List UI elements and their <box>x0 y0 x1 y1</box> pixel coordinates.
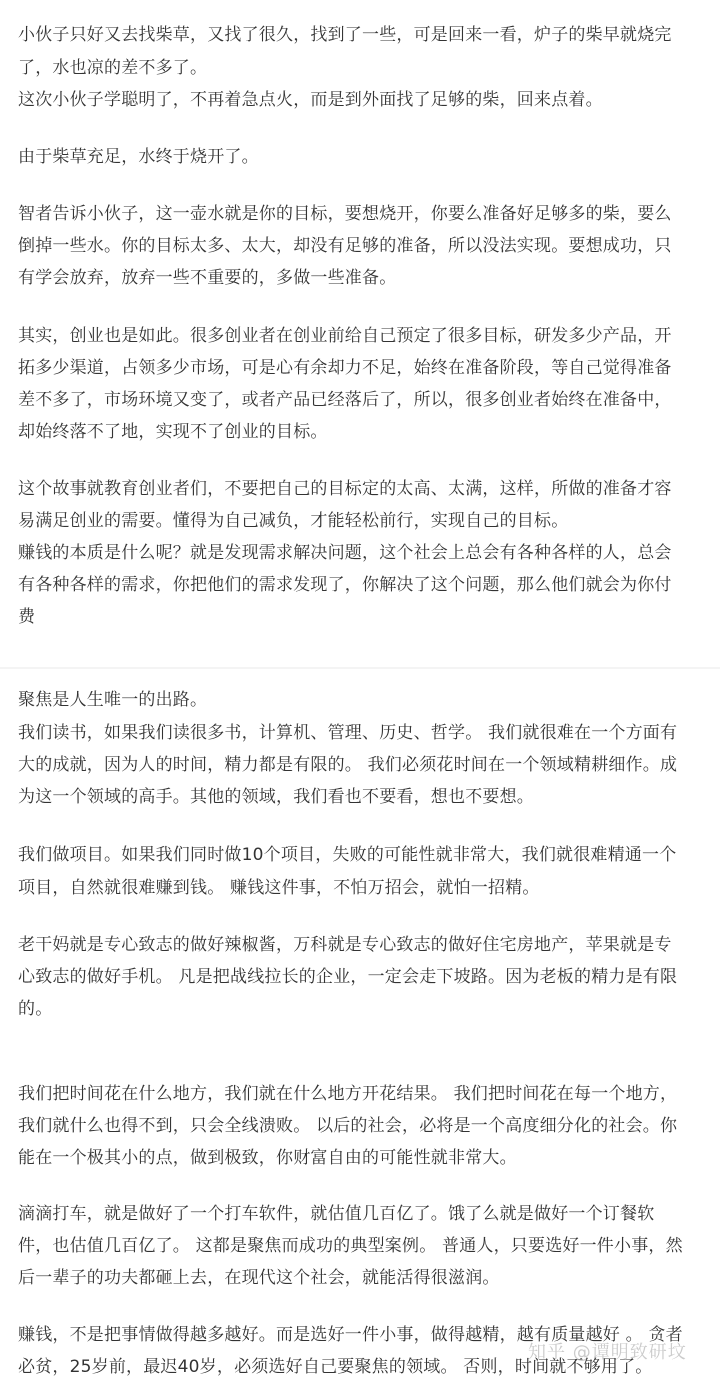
text-line: 老干妈就是专心致志的做好辣椒酱，万科就是专心致志的做好住宅房地产，苹果就是专 <box>18 934 718 956</box>
text-line: 倒掉一些水。你的目标太多、太大，却没有足够的准备，所以没法实现。要想成功，只 <box>18 235 718 257</box>
text-line: 小伙子只好又去找柴草，又找了很久，找到了一些，可是回来一看，炉子的柴早就烧完 <box>18 24 718 46</box>
text-line: 我们把时间花在什么地方，我们就在什么地方开花结果。 我们把时间花在每一个地方， <box>18 1083 718 1105</box>
text-line: 我们读书，如果我们读很多书，计算机、管理、历史、哲学。 我们就很难在一个方面有 <box>18 722 718 744</box>
text-line: 赚钱的本质是什么呢？就是发现需求解决问题，这个社会上总会有各种各样的人，总会 <box>18 542 718 564</box>
text-line: 为这一个领域的高手。其他的领域，我们看也不要看，想也不要想。 <box>18 786 718 808</box>
text-line: 大的成就，因为人的时间，精力都是有限的。 我们必须花时间在一个领域精耕细作。成 <box>18 754 718 776</box>
text-line: 有各种各样的需求，你把他们的需求发现了，你解决了这个问题，那么他们就会为你付 <box>18 574 718 596</box>
text-line: 的。 <box>18 998 718 1020</box>
text-line: 了，水也凉的差不多了。 <box>18 57 718 79</box>
text-line: 差不多了，市场环境又变了，或者产品已经落后了，所以，很多创业者始终在准备中， <box>18 389 718 411</box>
text-line: 聚焦是人生唯一的出路。 <box>18 689 718 711</box>
text-line: 件，也估值几百亿了。 这都是聚焦而成功的典型案例。 普通人，只要选好一件小事，然 <box>18 1235 718 1257</box>
text-line: 滴滴打车，就是做好了一个打车软件，就估值几百亿了。饿了么就是做好一个订餐软 <box>18 1203 718 1225</box>
text-line: 智者告诉小伙子，这一壶水就是你的目标，要想烧开，你要么准备好足够多的柴，要么 <box>18 203 718 225</box>
text-line: 能在一个极其小的点，做到极致，你财富自由的可能性就非常大。 <box>18 1147 718 1169</box>
text-line: 我们做项目。如果我们同时做10个项目，失败的可能性就非常大，我们就很难精通一个 <box>18 844 718 866</box>
text-line: 其实，创业也是如此。很多创业者在创业前给自己预定了很多目标，研发多少产品，开 <box>18 325 718 347</box>
text-line: 这次小伙子学聪明了，不再着急点火，而是到外面找了足够的柴，回来点着。 <box>18 89 718 111</box>
watermark: 知乎 @谭明致研坟 <box>528 1338 687 1364</box>
text-line: 拓多少渠道，占领多少市场，可是心有余却力不足，始终在准备阶段，等自己觉得准备 <box>18 357 718 379</box>
text-line: 后一辈子的功夫都砸上去，在现代这个社会，就能活得很滋润。 <box>18 1267 718 1289</box>
text-line: 费 <box>18 606 718 628</box>
text-line: 我们就什么也得不到，只会全线溃败。 以后的社会，必将是一个高度细分化的社会。你 <box>18 1115 718 1137</box>
text-line: 这个故事就教育创业者们，不要把自己的目标定的太高、太满，这样，所做的准备才容 <box>18 478 718 500</box>
section-divider <box>0 667 720 669</box>
text-line: 却始终落不了地，实现不了创业的目标。 <box>18 421 718 443</box>
text-line: 心致志的做好手机。 凡是把战线拉长的企业，一定会走下坡路。因为老板的精力是有限 <box>18 966 718 988</box>
text-line: 易满足创业的需要。懂得为自己减负，才能轻松前行，实现自己的目标。 <box>18 510 718 532</box>
text-line: 由于柴草充足，水终于烧开了。 <box>18 146 718 168</box>
text-line: 项目，自然就很难赚到钱。 赚钱这件事，不怕万招会，就怕一招精。 <box>18 877 718 899</box>
text-line: 有学会放弃，放弃一些不重要的，多做一些准备。 <box>18 267 718 289</box>
